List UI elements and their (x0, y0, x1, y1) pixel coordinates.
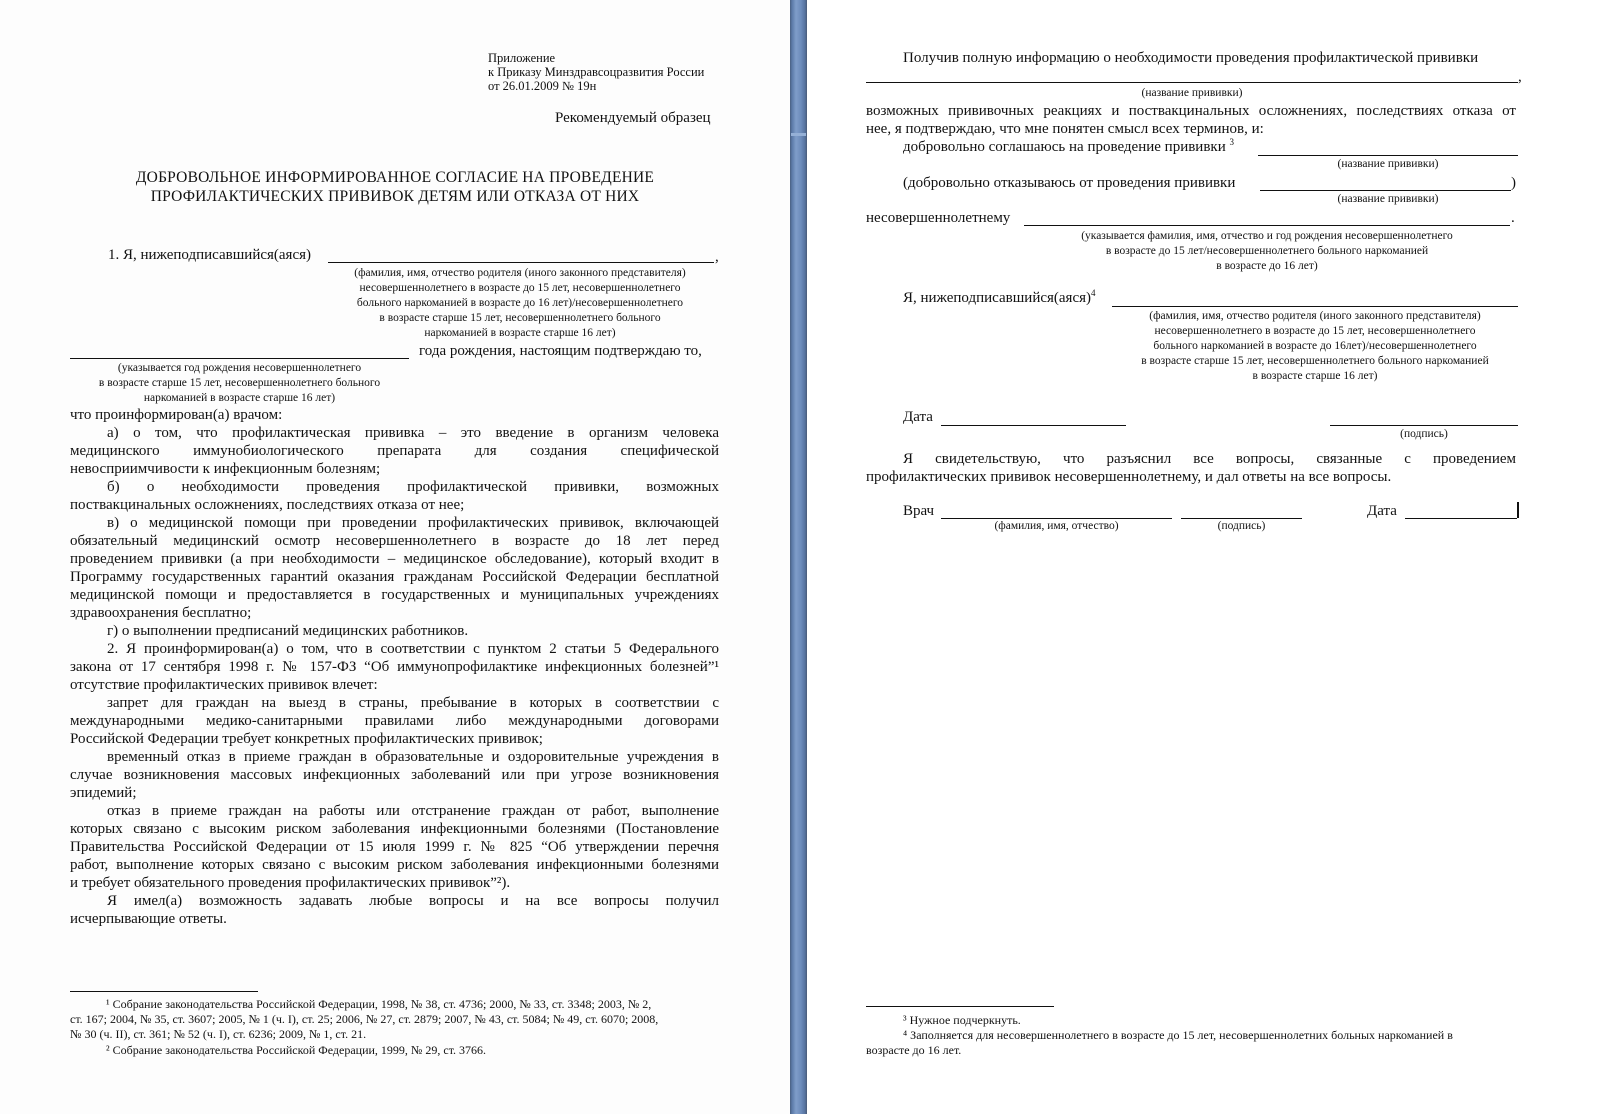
hint-line: в возрасте старше 16 лет) (1108, 369, 1522, 384)
document-title: ДОБРОВОЛЬНОЕ ИНФОРМИРОВАННОЕ СОГЛАСИЕ НА… (70, 168, 720, 206)
body-line: Я имел(а) возможность задавать любые воп… (70, 892, 719, 910)
body-line: исчерпывающие ответы. (70, 910, 719, 928)
body-line: временный отказ в приеме граждан в образ… (70, 748, 719, 766)
hint-line: в возрасте до 16 лет) (1024, 259, 1510, 274)
item1-label: 1. Я, нижеподписавшийся(аяся) (108, 246, 311, 264)
refuse-vaccine-field[interactable] (1260, 190, 1511, 191)
appendix-date: от 26.01.2009 № 19н (488, 79, 704, 93)
date-label: Дата (903, 408, 933, 426)
body-line: а) о том, что профилактическая прививка … (70, 424, 719, 442)
hint-line: наркоманией в возрасте старше 16 лет) (70, 391, 409, 406)
refuse-label: (добровольно отказываюсь от проведения п… (903, 174, 1235, 192)
birth-year-hint: (указывается год рождения несовершенноле… (70, 361, 409, 406)
footnote-1: ¹ Собрание законодательства Российской Ф… (70, 997, 719, 1042)
hint-line: в возрасте старше 15 лет, несовершенноле… (318, 311, 722, 326)
body-line: отсутствие профилактических прививок вле… (70, 676, 719, 694)
body-line: поствакцинальных осложнениях, последстви… (70, 496, 719, 514)
confirm-text: нее, я подтверждаю, что мне понятен смыс… (866, 120, 1264, 138)
vaccine-name-hint: (название прививки) (866, 87, 1518, 99)
hint-line: (фамилия, имя, отчество родителя (иного … (1108, 309, 1522, 324)
body-line: здравоохранения бесплатно; (70, 604, 719, 622)
intro-text: Получив полную информацию о необходимост… (903, 49, 1478, 67)
hint-line: больного наркоманией в возрасте до 16лет… (1108, 339, 1522, 354)
body-line: обязательный медицинский осмотр несоверш… (70, 532, 719, 550)
body-line: которых связано с высоким риском заболев… (70, 820, 719, 838)
body-line: запрет для граждан на выезд в страны, пр… (70, 694, 719, 712)
body-line: эпидемий; (70, 784, 719, 802)
hint-line: несовершеннолетнего в возрасте до 15 лет… (318, 281, 722, 296)
scroll-thumb-edge (791, 133, 806, 136)
body-line: и требует обязательного проведения профи… (70, 874, 719, 892)
birth-year-text: года рождения, настоящим подтверждаю то, (419, 342, 702, 360)
doctor-signature-hint: (подпись) (1181, 520, 1302, 532)
date-field[interactable] (941, 425, 1126, 426)
text-cursor (1517, 502, 1519, 518)
reactions-text: возможных прививочных реакциях и поствак… (866, 102, 1516, 120)
minor-label: несовершеннолетнему (866, 209, 1010, 227)
hint-line: в возрасте старше 15 лет, несовершенноле… (70, 376, 409, 391)
hint-line: в возрасте старше 15 лет, несовершенноле… (1108, 354, 1522, 369)
hint-line: (фамилия, имя, отчество родителя (иного … (318, 266, 722, 281)
document-page-2: Получив полную информацию о необходимост… (810, 0, 1598, 1114)
vaccine-name-field[interactable] (866, 82, 1518, 83)
body-line: медицинского иммунобиологического препар… (70, 442, 719, 460)
signature-hint: (подпись) (1330, 428, 1518, 440)
body-line: в) о медицинской помощи при проведении п… (70, 514, 719, 532)
signer-name-hint: (фамилия, имя, отчество родителя (иного … (1108, 309, 1522, 384)
document-page-1: Приложение к Приказу Минздравсоцразвития… (0, 0, 790, 1114)
minor-name-hint: (указывается фамилия, имя, отчество и го… (1024, 229, 1510, 274)
comma: , (715, 248, 719, 266)
minor-name-field[interactable] (1024, 225, 1510, 226)
title-line-2: ПРОФИЛАКТИЧЕСКИХ ПРИВИВОК ДЕТЯМ ИЛИ ОТКА… (70, 187, 720, 206)
period: . (1511, 209, 1515, 227)
body-line: медицинской помощи и предоставляется в г… (70, 586, 719, 604)
signature-field[interactable] (1330, 425, 1518, 426)
footnote-separator (70, 991, 258, 992)
body-line: закона от 17 сентября 1998 г. № 157-ФЗ “… (70, 658, 719, 676)
doctor-name-hint: (фамилия, имя, отчество) (941, 520, 1172, 532)
footnote-4-line-1: ⁴ Заполняется для несовершеннолетнего в … (903, 1028, 1453, 1043)
body-line: невосприимчивости к инфекционным болезня… (70, 460, 719, 478)
footnote-2: ² Собрание законодательства Российской Ф… (106, 1043, 486, 1058)
body-line: случае возникновения массовых инфекционн… (70, 766, 719, 784)
informed-by-doctor: что проинформирован(а) врачом: (70, 406, 282, 424)
appendix-header: Приложение к Приказу Минздравсоцразвития… (488, 51, 704, 93)
parent-name-field[interactable] (328, 262, 714, 263)
footnote-line: ст. 167; 2004, № 35, ст. 3607; 2005, № 1… (70, 1012, 719, 1027)
title-line-1: ДОБРОВОЛЬНОЕ ИНФОРМИРОВАННОЕ СОГЛАСИЕ НА… (70, 168, 720, 187)
body-line: Российской Федерации требует конкретных … (70, 730, 719, 748)
body-line: 2. Я проинформирован(а) о том, что в соо… (70, 640, 719, 658)
recommended-sample-label: Рекомендуемый образец (555, 110, 711, 127)
comma: , (1518, 68, 1522, 86)
doctor-name-field[interactable] (941, 518, 1172, 519)
witness-text-1: Я свидетельствую, что разъяснил все вопр… (903, 450, 1516, 468)
hint-line: (указывается фамилия, имя, отчество и го… (1024, 229, 1510, 244)
parent-name-hint: (фамилия, имя, отчество родителя (иного … (318, 266, 722, 341)
body-line: работ, выполнение которых связано с высо… (70, 856, 719, 874)
body-line: проведением прививки (а при необходимост… (70, 550, 719, 568)
signer-name-field[interactable] (1112, 306, 1518, 307)
body-line: г) о выполнении предписаний медицинских … (70, 622, 719, 640)
birth-year-field[interactable] (70, 358, 409, 359)
hint-line: больного наркоманией в возрасте до 16 ле… (318, 296, 722, 311)
doctor-date-field[interactable] (1405, 518, 1517, 519)
body-line: Программу государственных гарантий оказа… (70, 568, 719, 586)
witness-text-2: профилактических прививок несовершенноле… (866, 468, 1391, 486)
close-paren: ) (1511, 174, 1516, 192)
hint-line: (указывается год рождения несовершенноле… (70, 361, 409, 376)
body-line: отказ в приеме граждан на работы или отс… (70, 802, 719, 820)
appendix-label: Приложение (488, 51, 704, 65)
agree-label: добровольно соглашаюсь на проведение при… (903, 138, 1234, 156)
footnote-3: ³ Нужное подчеркнуть. (903, 1013, 1021, 1028)
refuse-vaccine-hint: (название прививки) (1258, 193, 1518, 205)
doctor-date-label: Дата (1367, 502, 1397, 520)
footnote-line: ¹ Собрание законодательства Российской Ф… (70, 997, 719, 1012)
hint-line: в возрасте до 15 лет/несовершеннолетнего… (1024, 244, 1510, 259)
body-line: международными медико-санитарными правил… (70, 712, 719, 730)
hint-line: наркоманией в возрасте старше 16 лет) (318, 326, 722, 341)
doctor-signature-field[interactable] (1181, 518, 1302, 519)
body-line: Правительства Российской Федерации от 15… (70, 838, 719, 856)
doctor-label: Врач (903, 502, 934, 520)
signer-label: Я, нижеподписавшийся(аяся)4 (903, 289, 1096, 307)
page-divider-scrollbar[interactable] (790, 0, 807, 1114)
agree-vaccine-hint: (название прививки) (1258, 158, 1518, 170)
footnote-separator (866, 1006, 1054, 1007)
consent-body-text: а) о том, что профилактическая прививка … (70, 424, 719, 928)
appendix-order: к Приказу Минздравсоцразвития России (488, 65, 704, 79)
footnote-4-line-2: возрасте до 16 лет. (866, 1043, 961, 1058)
body-line: б) о необходимости проведения профилакти… (70, 478, 719, 496)
footnote-line: № 30 (ч. II), ст. 361; № 52 (ч. I), ст. … (70, 1027, 719, 1042)
agree-vaccine-field[interactable] (1258, 155, 1518, 156)
hint-line: несовершеннолетнего в возрасте до 15 лет… (1108, 324, 1522, 339)
